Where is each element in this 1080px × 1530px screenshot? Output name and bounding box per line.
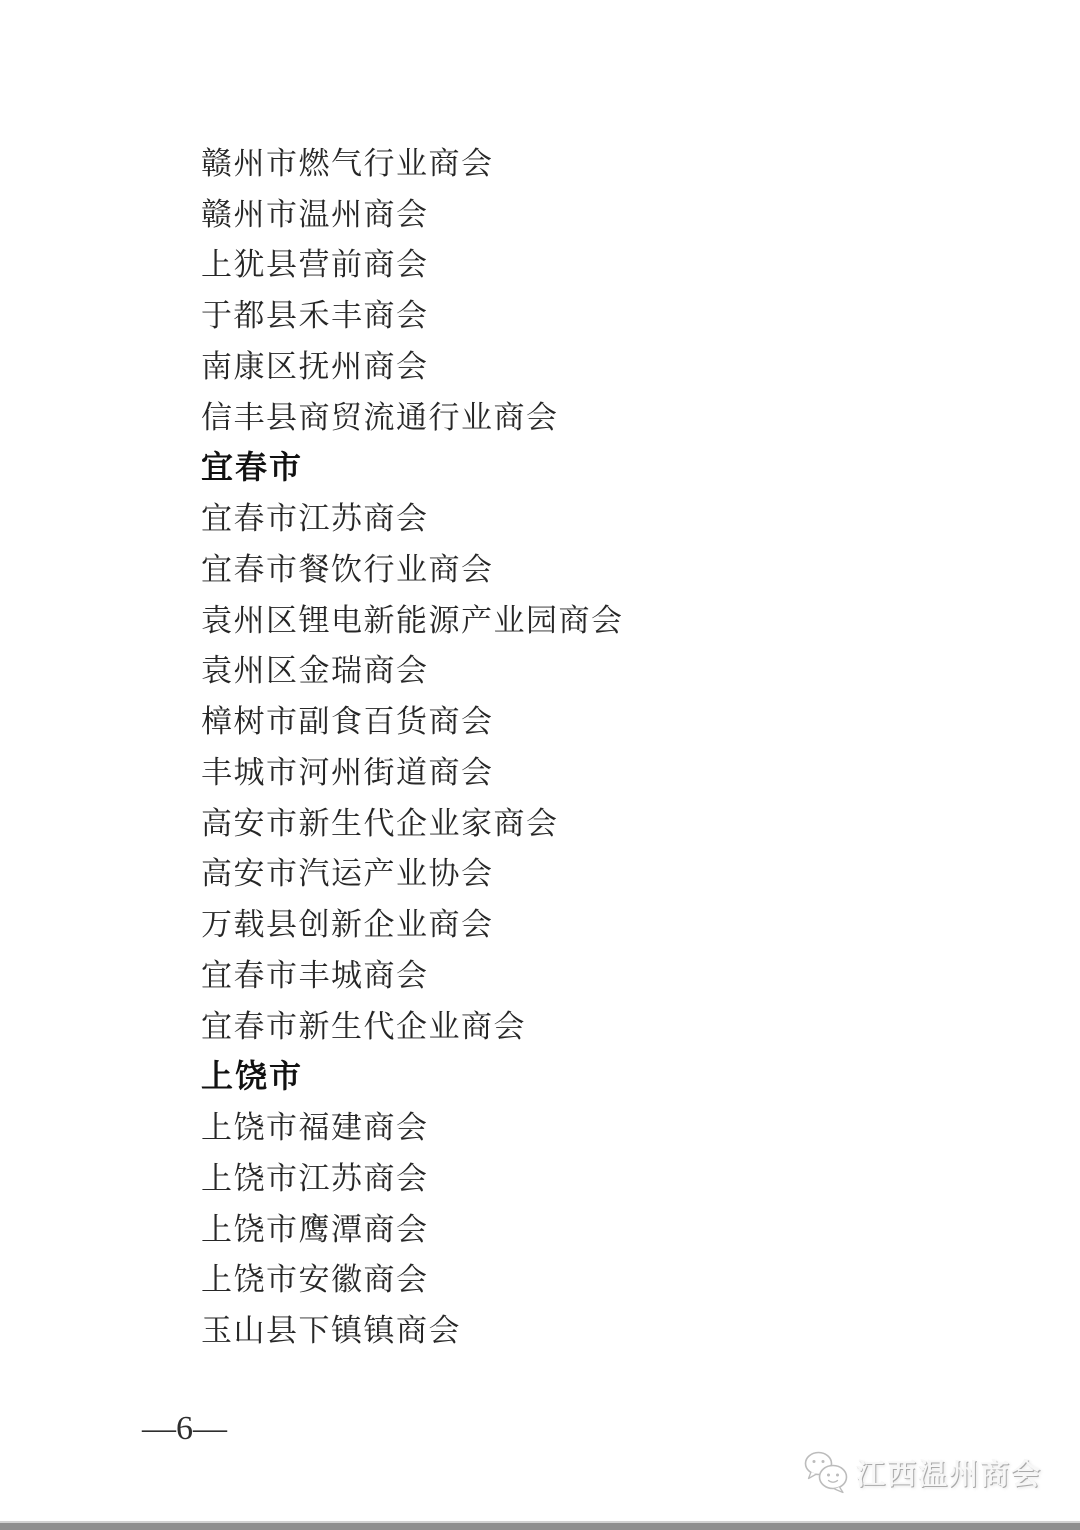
document-page: 赣州市燃气行业商会赣州市温州商会上犹县营前商会于都县禾丰商会南康区抚州商会信丰县… xyxy=(0,0,1080,1530)
chamber-list-item: 樟树市副食百货商会 xyxy=(201,693,1050,744)
chamber-list-item: 宜春市新生代企业商会 xyxy=(201,998,1050,1049)
chamber-list: 赣州市燃气行业商会赣州市温州商会上犹县营前商会于都县禾丰商会南康区抚州商会信丰县… xyxy=(201,135,1050,1353)
watermark: 江西温州商会 xyxy=(803,1450,1042,1494)
chamber-list-item: 上犹县营前商会 xyxy=(201,237,1050,288)
chamber-list-item: 上饶市江苏商会 xyxy=(201,1150,1050,1201)
page-number: —6— xyxy=(142,1410,227,1448)
city-section-header: 上饶市 xyxy=(201,1049,1050,1100)
chamber-list-item: 信丰县商贸流通行业商会 xyxy=(201,389,1050,440)
chamber-list-item: 宜春市丰城商会 xyxy=(201,947,1050,998)
chamber-list-item: 南康区抚州商会 xyxy=(201,338,1050,389)
chamber-list-item: 袁州区金瑞商会 xyxy=(201,643,1050,694)
chamber-list-item: 宜春市江苏商会 xyxy=(201,490,1050,541)
bottom-bar xyxy=(0,1523,1080,1530)
chamber-list-item: 玉山县下镇镇商会 xyxy=(201,1302,1050,1353)
chamber-list-item: 上饶市安徽商会 xyxy=(201,1252,1050,1303)
chamber-list-item: 高安市新生代企业家商会 xyxy=(201,795,1050,846)
chamber-list-item: 于都县禾丰商会 xyxy=(201,287,1050,338)
chamber-list-item: 高安市汽运产业协会 xyxy=(201,846,1050,897)
chamber-list-item: 上饶市鹰潭商会 xyxy=(201,1201,1050,1252)
chamber-list-item: 宜春市餐饮行业商会 xyxy=(201,541,1050,592)
wechat-icon xyxy=(803,1450,849,1494)
chamber-list-item: 袁州区锂电新能源产业园商会 xyxy=(201,592,1050,643)
chamber-list-item: 赣州市温州商会 xyxy=(201,186,1050,237)
city-section-header: 宜春市 xyxy=(201,440,1050,491)
chamber-list-item: 万载县创新企业商会 xyxy=(201,896,1050,947)
chamber-list-item: 上饶市福建商会 xyxy=(201,1099,1050,1150)
chamber-list-item: 丰城市河州街道商会 xyxy=(201,744,1050,795)
chamber-list-item: 赣州市燃气行业商会 xyxy=(201,135,1050,186)
watermark-text: 江西温州商会 xyxy=(856,1452,1042,1493)
